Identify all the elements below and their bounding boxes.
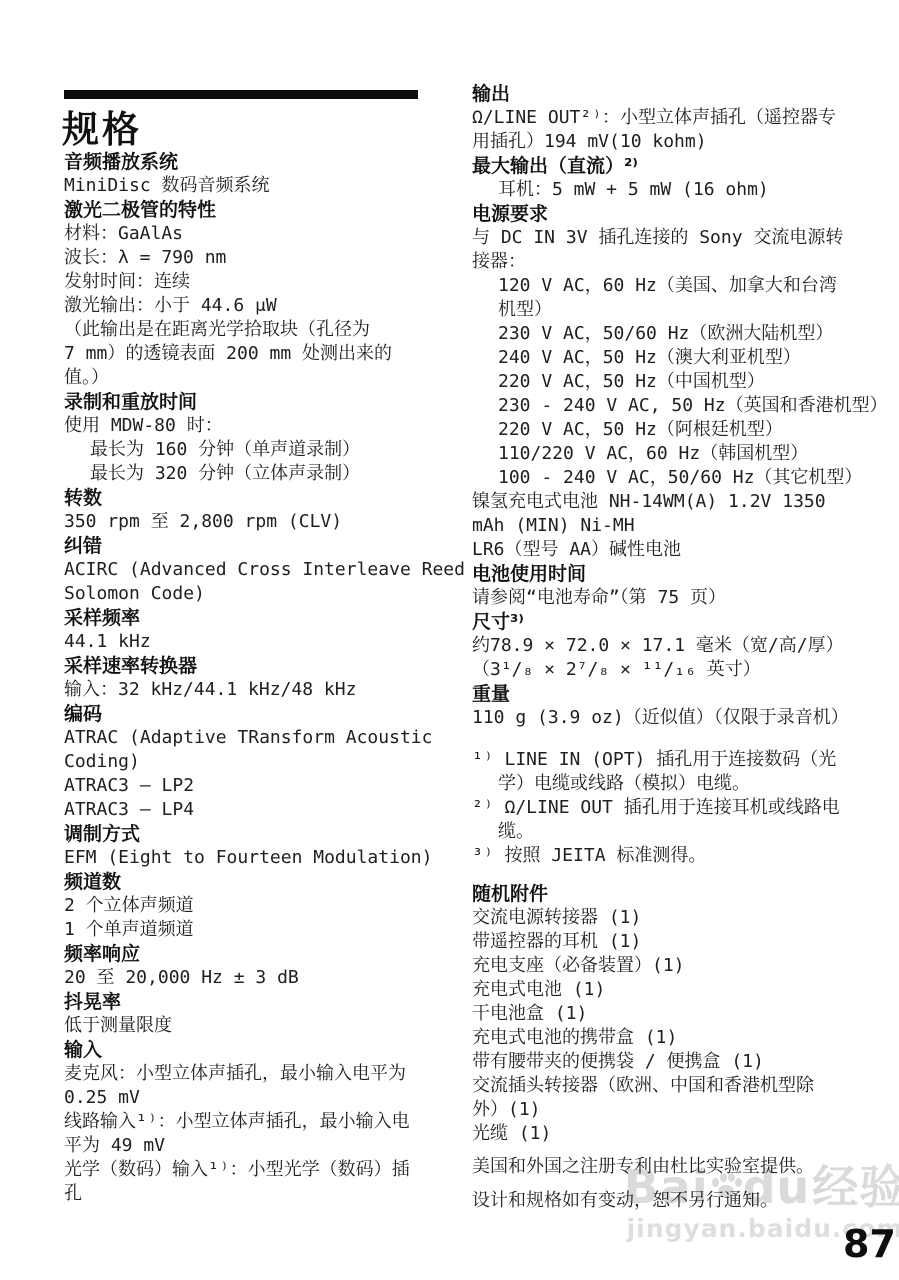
spec-line: 最长为 160 分钟（单声道录制）: [64, 438, 444, 462]
spec-line: 与 DC IN 3V 插孔连接的 Sony 交流电源转: [472, 226, 892, 250]
spec-line: 学）电缆或线路（模拟）电缆。: [472, 772, 892, 796]
section-heading: 尺寸³⁾: [472, 610, 892, 634]
spec-line: 波长：λ = 790 nm: [64, 246, 444, 270]
spec-line: 100 - 240 V AC，50/60 Hz（其它机型）: [472, 466, 892, 490]
section-heading: 激光二极管的特性: [64, 198, 444, 222]
spec-line: 美国和外国之注册专利由杜比实验室提供。: [472, 1155, 892, 1179]
right-column: 输出Ω/LINE OUT²⁾：小型立体声插孔（遥控器专用插孔）194 mV(10…: [472, 82, 892, 1213]
spec-line: 接器：: [472, 250, 892, 274]
spec-line: 230 V AC，50/60 Hz（欧洲大陆机型）: [472, 322, 892, 346]
spec-line: 20 至 20,000 Hz ± 3 dB: [64, 966, 444, 990]
section-heading: 转数: [64, 486, 444, 510]
section-heading: 电池使用时间: [472, 562, 892, 586]
spec-line: 线路输入¹⁾：小型立体声插孔，最小输入电: [64, 1110, 444, 1134]
spec-line: LR6（型号 AA）碱性电池: [472, 538, 892, 562]
spec-line: （此输出是在距离光学拾取块（孔径为: [64, 318, 444, 342]
section-heading: 输出: [472, 82, 892, 106]
spec-line: 耳机：5 mW + 5 mW (16 ohm): [472, 178, 892, 202]
section-heading: 纠错: [64, 534, 444, 558]
spec-line: Ω/LINE OUT²⁾：小型立体声插孔（遥控器专: [472, 106, 892, 130]
section-rule: [64, 90, 418, 99]
spec-line: ATRAC3 — LP2: [64, 774, 444, 798]
spec-line: 带有腰带夹的便携袋 / 便携盒 (1): [472, 1050, 892, 1074]
spec-line: 220 V AC，50 Hz（阿根廷机型）: [472, 418, 892, 442]
spec-line: 孔: [64, 1182, 444, 1206]
section-heading: 最大输出（直流）²⁾: [472, 154, 892, 178]
spec-line: 最长为 320 分钟（立体声录制）: [64, 462, 444, 486]
section-heading: 频道数: [64, 870, 444, 894]
spec-line: MiniDisc 数码音频系统: [64, 174, 444, 198]
section-heading: 录制和重放时间: [64, 390, 444, 414]
spec-line: 110/220 V AC，60 Hz（韩国机型）: [472, 442, 892, 466]
spec-line: 使用 MDW-80 时：: [64, 414, 444, 438]
spec-line: ACIRC (Advanced Cross Interleave Reed: [64, 558, 444, 582]
section-heading: 频率响应: [64, 942, 444, 966]
spec-line: 发射时间：连续: [64, 270, 444, 294]
spec-line: 充电式电池 (1): [472, 978, 892, 1002]
spec-line: 带遥控器的耳机 (1): [472, 930, 892, 954]
section-heading: 重量: [472, 682, 892, 706]
spec-line: ³⁾ 按照 JEITA 标准测得。: [472, 844, 892, 868]
spec-line: 240 V AC，50 Hz（澳大利亚机型）: [472, 346, 892, 370]
section-heading: 随机附件: [472, 882, 892, 906]
spec-line: 充电支座（必备装置）(1): [472, 954, 892, 978]
manual-page: Bai du 经验 jingyan.baidu.com 规格 音频播放系统Min…: [0, 0, 899, 1280]
spec-line: 设计和规格如有变动，恕不另行通知。: [472, 1189, 892, 1213]
spec-line: Coding): [64, 750, 444, 774]
left-column: 音频播放系统MiniDisc 数码音频系统激光二极管的特性材料：GaAlAs波长…: [64, 150, 444, 1206]
spec-line: 机型）: [472, 298, 892, 322]
spec-line: 请参阅“电池寿命”（第 75 页）: [472, 586, 892, 610]
spec-line: ATRAC (Adaptive TRansform Acoustic: [64, 726, 444, 750]
section-heading: 编码: [64, 702, 444, 726]
spec-line: ¹⁾ LINE IN (OPT) 插孔用于连接数码（光: [472, 748, 892, 772]
spec-line: EFM (Eight to Fourteen Modulation): [64, 846, 444, 870]
spec-line: 充电式电池的携带盒 (1): [472, 1026, 892, 1050]
spec-line: 光缆 (1): [472, 1122, 892, 1146]
spec-line: 干电池盒 (1): [472, 1002, 892, 1026]
spec-line: ATRAC3 — LP4: [64, 798, 444, 822]
spec-line: 输入：32 kHz/44.1 kHz/48 kHz: [64, 678, 444, 702]
section-heading: 电源要求: [472, 202, 892, 226]
spec-line: 110 g (3.9 oz)（近似值）（仅限于录音机）: [472, 706, 892, 730]
spec-line: 交流插头转接器（欧洲、中国和香港机型除: [472, 1074, 892, 1098]
spec-line: 用插孔）194 mV(10 kohm): [472, 130, 892, 154]
spec-line: 光学（数码）输入¹⁾：小型光学（数码）插: [64, 1158, 444, 1182]
spec-line: 230 - 240 V AC, 50 Hz（英国和香港机型）: [472, 394, 892, 418]
spec-line: 7 mm）的透镜表面 200 mm 处测出来的: [64, 342, 444, 366]
spec-line: 麦克风：小型立体声插孔，最小输入电平为: [64, 1062, 444, 1086]
spec-line: 0.25 mV: [64, 1086, 444, 1110]
spec-line: 220 V AC，50 Hz（中国机型）: [472, 370, 892, 394]
spec-line: 缆。: [472, 820, 892, 844]
spec-line: （3¹/₈ × 2⁷/₈ × ¹¹/₁₆ 英寸）: [472, 658, 892, 682]
spec-line: 350 rpm 至 2,800 rpm (CLV): [64, 510, 444, 534]
spec-line: 镍氢充电式电池 NH-14WM(A) 1.2V 1350: [472, 490, 892, 514]
page-title: 规格: [62, 99, 142, 153]
page-number: 87: [843, 1222, 896, 1266]
spec-line: 激光输出：小于 44.6 μW: [64, 294, 444, 318]
spec-line: 交流电源转接器 (1): [472, 906, 892, 930]
spec-line: ²⁾ Ω/LINE OUT 插孔用于连接耳机或线路电: [472, 796, 892, 820]
section-heading: 抖晃率: [64, 990, 444, 1014]
spec-line: 120 V AC，60 Hz（美国、加拿大和台湾: [472, 274, 892, 298]
spec-line: mAh (MIN) Ni-MH: [472, 514, 892, 538]
section-heading: 输入: [64, 1038, 444, 1062]
spec-line: 材料：GaAlAs: [64, 222, 444, 246]
spec-line: 值。）: [64, 366, 444, 390]
spec-line: Solomon Code): [64, 582, 444, 606]
section-heading: 调制方式: [64, 822, 444, 846]
section-heading: 音频播放系统: [64, 150, 444, 174]
spec-line: 44.1 kHz: [64, 630, 444, 654]
spec-line: 外）(1): [472, 1098, 892, 1122]
spec-line: 约78.9 × 72.0 × 17.1 毫米（宽/高/厚）: [472, 634, 892, 658]
spec-line: 低于测量限度: [64, 1014, 444, 1038]
section-heading: 采样频率: [64, 606, 444, 630]
spec-line: 1 个单声道频道: [64, 918, 444, 942]
spec-line: 2 个立体声频道: [64, 894, 444, 918]
spec-line: 平为 49 mV: [64, 1134, 444, 1158]
section-heading: 采样速率转换器: [64, 654, 444, 678]
